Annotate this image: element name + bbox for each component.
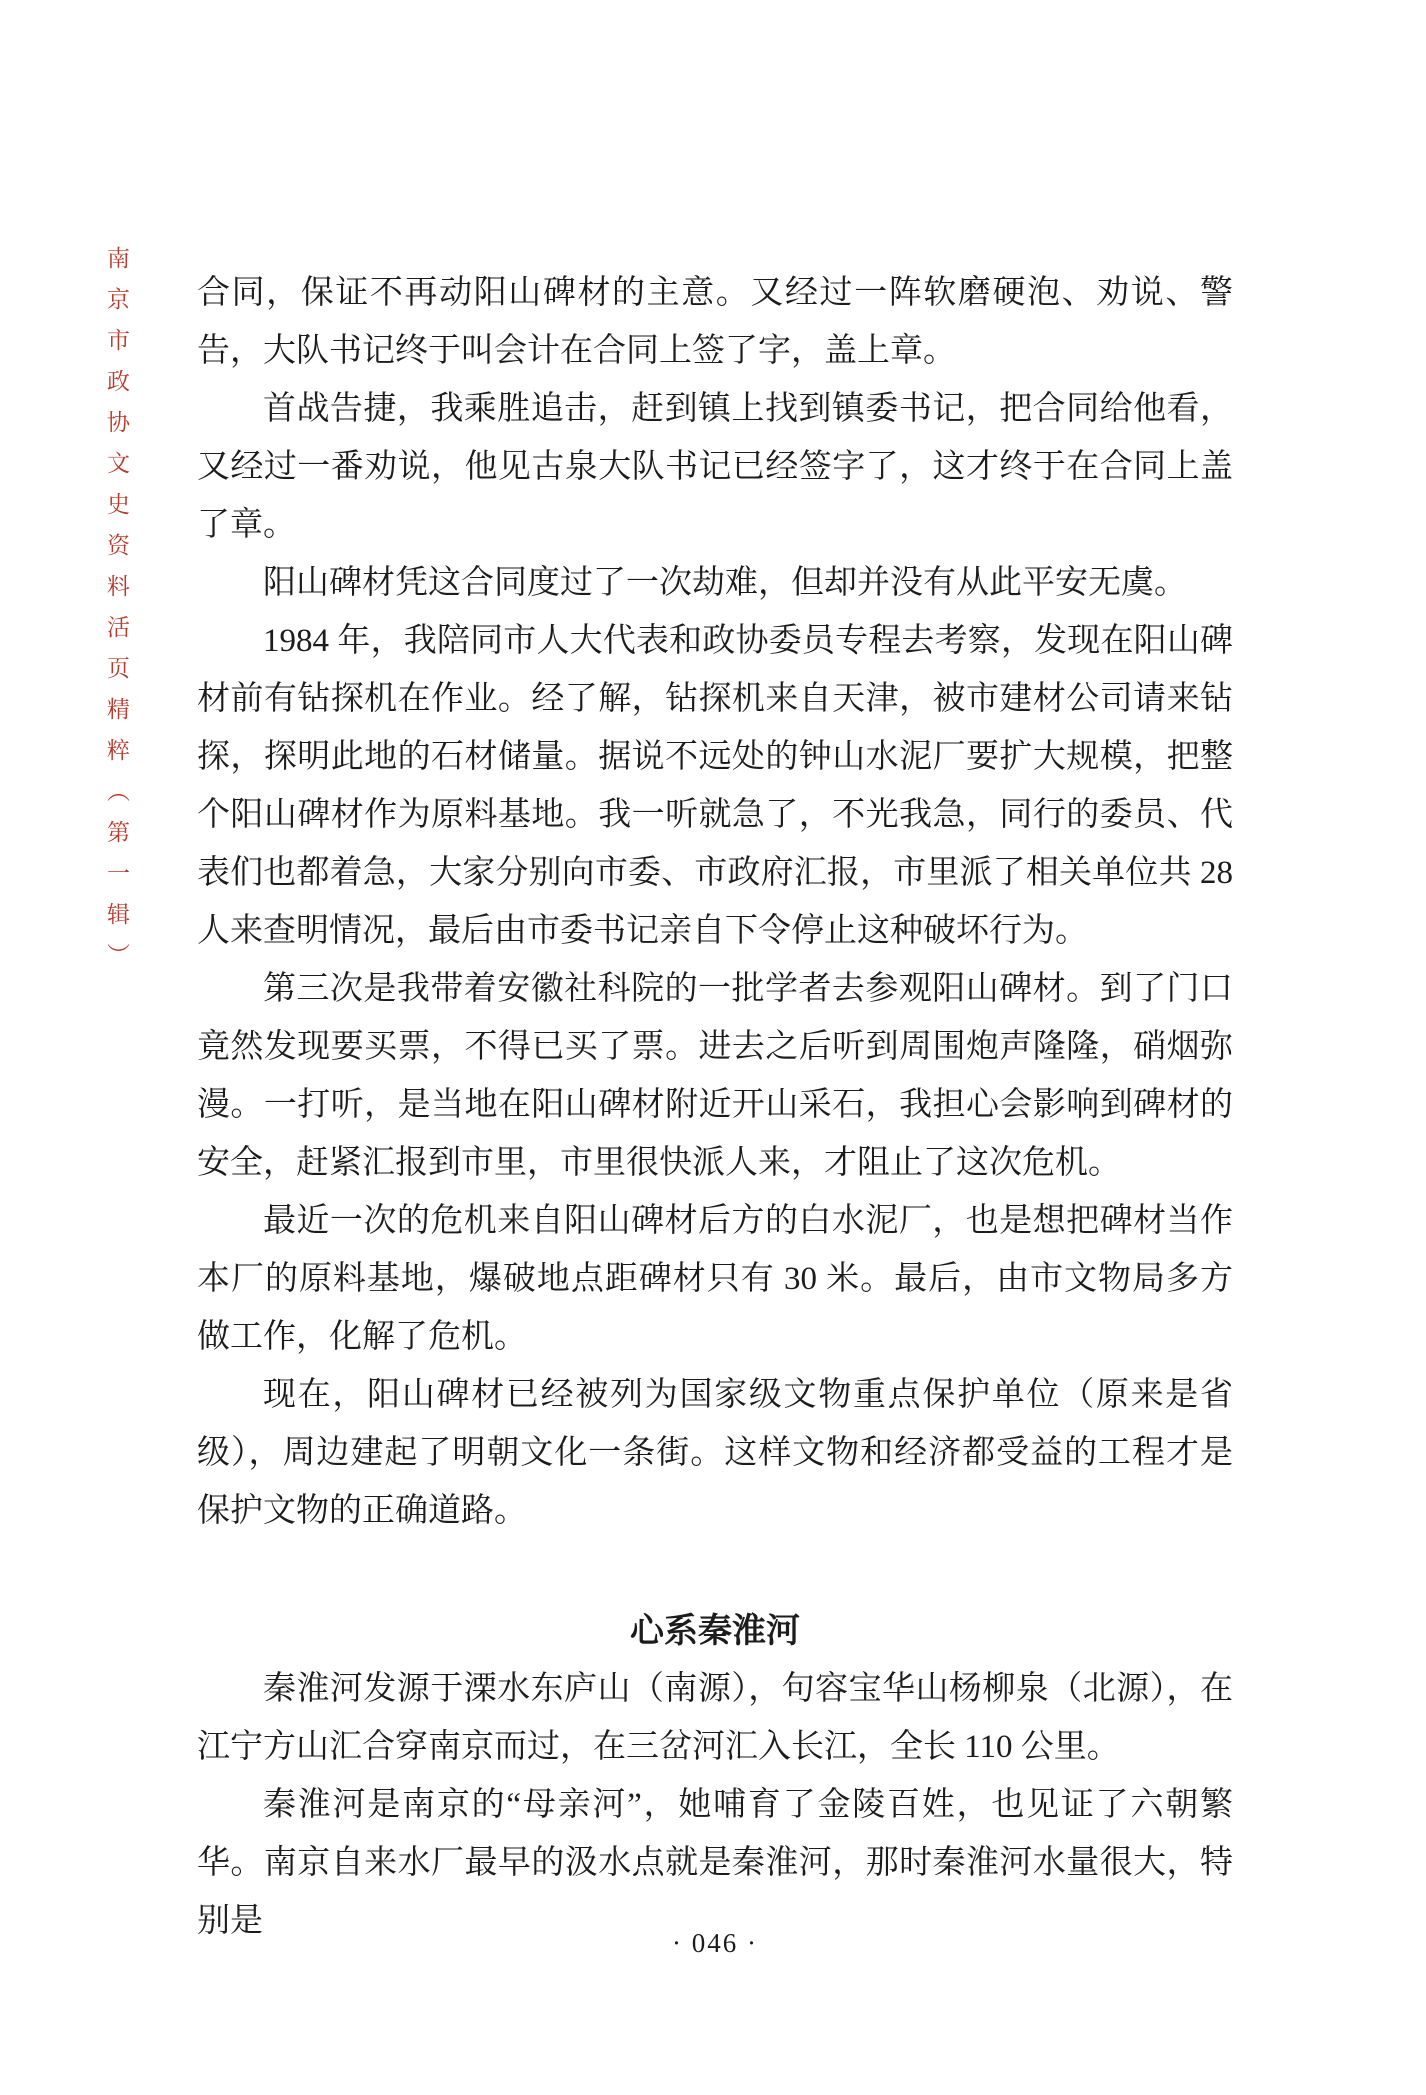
body-paragraph: 秦淮河是南京的“母亲河”，她哺育了金陵百姓，也见证了六朝繁华。南京自来水厂最早的… xyxy=(197,1776,1233,1950)
text-column: 合同，保证不再动阳山碑材的主意。又经过一阵软磨硬泡、劝说、警告，大队书记终于叫会… xyxy=(197,264,1233,1950)
body-paragraph: 阳山碑材凭这合同度过了一次劫难，但却并没有从此平安无虞。 xyxy=(197,554,1233,612)
page-number: · 046 · xyxy=(197,1928,1233,1959)
body-paragraph: 1984 年，我陪同市人大代表和政协委员专程去考察，发现在阳山碑材前有钻探机在作… xyxy=(197,612,1233,960)
book-page: 南京市政协文史资料活页精粹（第一辑） 合同，保证不再动阳山碑材的主意。又经过一阵… xyxy=(0,0,1426,2095)
section-heading: 心系秦淮河 xyxy=(197,1602,1233,1660)
body-paragraph: 现在，阳山碑材已经被列为国家级文物重点保护单位（原来是省级），周边建起了明朝文化… xyxy=(197,1366,1233,1540)
body-paragraph: 首战告捷，我乘胜追击，赶到镇上找到镇委书记，把合同给他看，又经过一番劝说，他见古… xyxy=(197,380,1233,554)
body-paragraph: 第三次是我带着安徽社科院的一批学者去参观阳山碑材。到了门口竟然发现要买票，不得已… xyxy=(197,960,1233,1192)
body-paragraph: 最近一次的危机来自阳山碑材后方的白水泥厂，也是想把碑材当作本厂的原料基地，爆破地… xyxy=(197,1192,1233,1366)
body-paragraph: 秦淮河发源于溧水东庐山（南源），句容宝华山杨柳泉（北源），在江宁方山汇合穿南京而… xyxy=(197,1660,1233,1776)
body-paragraph: 合同，保证不再动阳山碑材的主意。又经过一阵软磨硬泡、劝说、警告，大队书记终于叫会… xyxy=(197,264,1233,380)
book-series-title: 南京市政协文史资料活页精粹（第一辑） xyxy=(97,246,135,984)
